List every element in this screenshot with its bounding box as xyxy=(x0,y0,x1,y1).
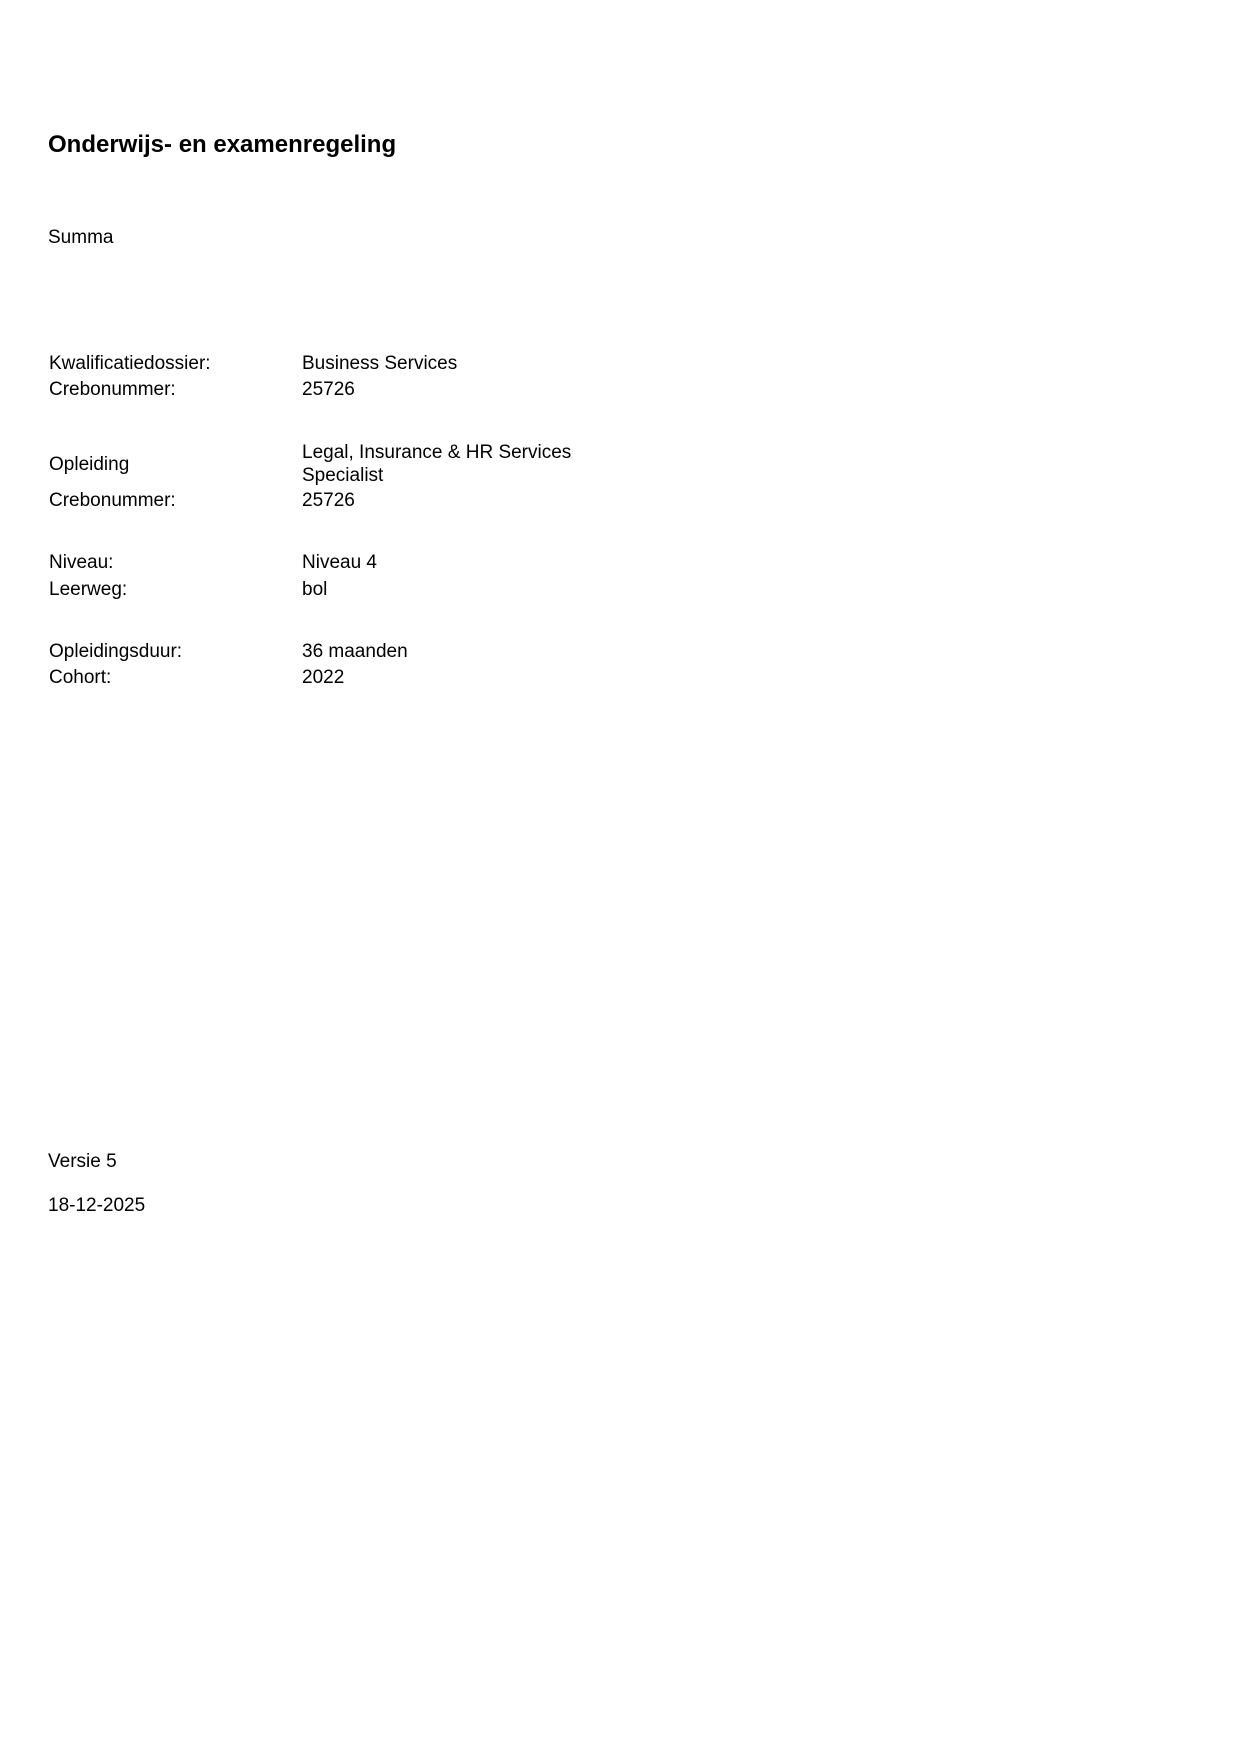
opleidingsduur-label: Opleidingsduur: xyxy=(49,640,182,663)
kwalificatiedossier-label: Kwalificatiedossier: xyxy=(49,352,211,375)
niveau-label: Niveau: xyxy=(49,551,113,574)
document-date: 18-12-2025 xyxy=(48,1195,145,1217)
kwalificatiedossier-value: Business Services xyxy=(302,352,632,375)
cohort-label: Cohort: xyxy=(49,666,111,689)
crebonummer-opleiding-value: 25726 xyxy=(302,489,632,512)
opleidingsduur-value: 36 maanden xyxy=(302,640,632,663)
crebonummer-dossier-value: 25726 xyxy=(302,378,632,401)
crebonummer-opleiding-label: Crebonummer: xyxy=(49,489,176,512)
institution-name: Summa xyxy=(48,227,113,249)
niveau-value: Niveau 4 xyxy=(302,551,632,574)
page-title: Onderwijs- en examenregeling xyxy=(48,130,396,160)
leerweg-value: bol xyxy=(302,578,632,601)
cohort-value: 2022 xyxy=(302,666,632,689)
leerweg-label: Leerweg: xyxy=(49,578,127,601)
version-label: Versie 5 xyxy=(48,1151,117,1173)
crebonummer-dossier-label: Crebonummer: xyxy=(49,378,176,401)
opleiding-value: Legal, Insurance & HR Services Specialis… xyxy=(302,441,632,487)
opleiding-label: Opleiding xyxy=(49,453,129,476)
